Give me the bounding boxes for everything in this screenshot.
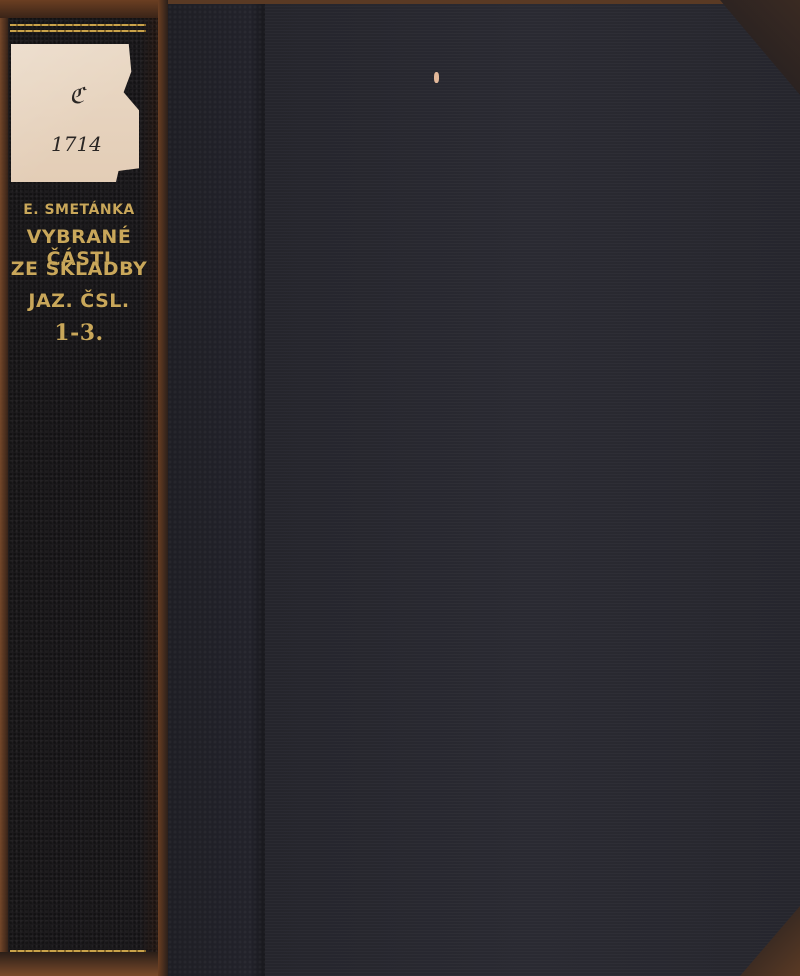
leather-spine-strip (168, 0, 265, 976)
label-number: 1714 (51, 132, 102, 156)
spine-title-line-2: ZE SKLADBY (0, 258, 158, 280)
cover-blemish (434, 72, 439, 83)
spine-title-line-3: JAZ. ČSL. (0, 290, 158, 312)
hinge (158, 0, 168, 976)
spine-worn-edge (0, 0, 8, 976)
spine-author: E. SMETÁNKA (0, 202, 158, 218)
worn-top-edge (160, 0, 800, 4)
spine: ℭ 1714 E. SMETÁNKA VYBRANÉ ČÁSTI ZE SKLA… (0, 0, 158, 976)
label-mark: ℭ (69, 84, 84, 109)
spine-bottom-band (0, 952, 158, 976)
book-photo: ℭ 1714 E. SMETÁNKA VYBRANÉ ČÁSTI ZE SKLA… (0, 0, 800, 976)
spine-top-band (0, 0, 158, 18)
gold-rule-top-1 (10, 24, 146, 26)
gold-rule-top-2 (10, 30, 146, 32)
spine-volume: 1-3. (0, 320, 158, 346)
cloth-cover-board (265, 0, 800, 976)
library-label: ℭ 1714 (11, 44, 139, 182)
